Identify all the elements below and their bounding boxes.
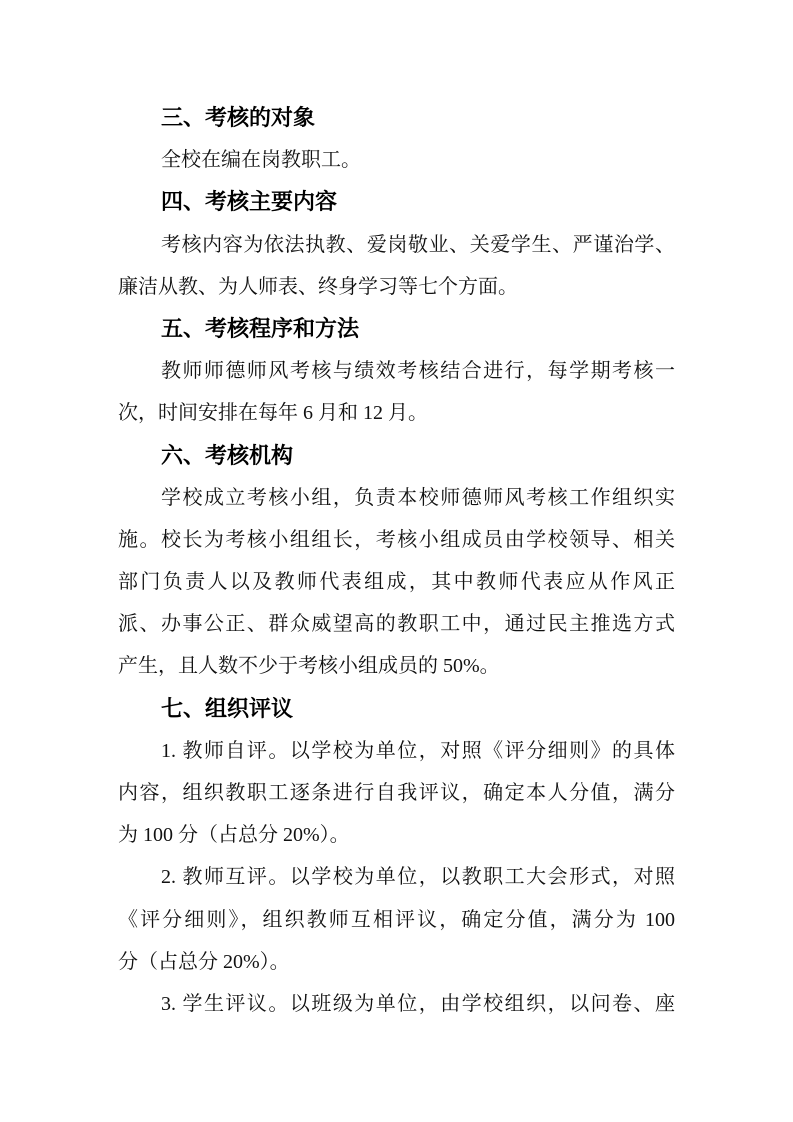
text-line: 考核内容为依法执教、爱岗敬业、关爱学生、严谨治学、 <box>118 224 675 266</box>
text-line: 2. 教师互评。以学校为单位，以教职工大会形式，对照 <box>118 856 675 898</box>
document-page: 三、考核的对象全校在编在岗教职工。四、考核主要内容考核内容为依法执教、爱岗敬业、… <box>0 0 793 1122</box>
section-heading: 五、考核程序和方法 <box>118 308 675 350</box>
text-line: 内容，组织教职工逐条进行自我评议，确定本人分值，满分 <box>118 772 675 814</box>
text-line: 分（占总分 20%）。 <box>118 941 675 983</box>
section-heading: 三、考核的对象 <box>118 97 675 139</box>
text-line: 产生，且人数不少于考核小组成员的 50%。 <box>118 645 675 687</box>
text-line: 派、办事公正、群众威望高的教职工中，通过民主推选方式 <box>118 603 675 645</box>
text-line: 次，时间安排在每年 6 月和 12 月。 <box>118 392 675 434</box>
text-line: 3. 学生评议。以班级为单位，由学校组织，以问卷、座 <box>118 983 675 1025</box>
section-heading: 六、考核机构 <box>118 435 675 477</box>
text-line: 学校成立考核小组，负责本校师德师风考核工作组织实 <box>118 477 675 519</box>
text-line: 廉洁从教、为人师表、终身学习等七个方面。 <box>118 266 675 308</box>
section-heading: 四、考核主要内容 <box>118 181 675 223</box>
text-line: 《评分细则》，组织教师互相评议，确定分值，满分为 100 <box>118 899 675 941</box>
text-line: 部门负责人以及教师代表组成，其中教师代表应从作风正 <box>118 561 675 603</box>
text-line: 1. 教师自评。以学校为单位，对照《评分细则》的具体 <box>118 730 675 772</box>
section-heading: 七、组织评议 <box>118 688 675 730</box>
text-line: 施。校长为考核小组组长，考核小组成员由学校领导、相关 <box>118 519 675 561</box>
text-line: 全校在编在岗教职工。 <box>118 139 675 181</box>
text-line: 为 100 分（占总分 20%）。 <box>118 814 675 856</box>
text-line: 教师师德师风考核与绩效考核结合进行，每学期考核一 <box>118 350 675 392</box>
document-body: 三、考核的对象全校在编在岗教职工。四、考核主要内容考核内容为依法执教、爱岗敬业、… <box>0 0 793 1025</box>
